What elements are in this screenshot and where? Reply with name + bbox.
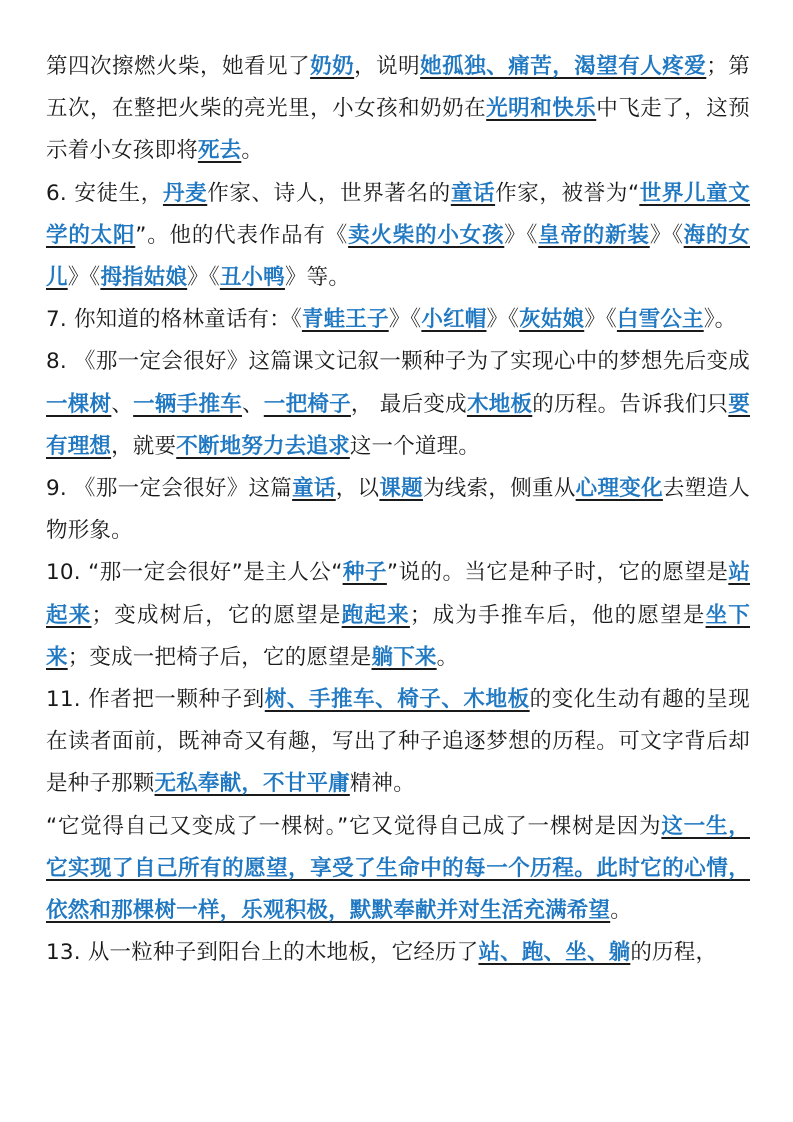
answer-text: 种子: [343, 560, 387, 585]
body-text: 》《: [68, 265, 101, 290]
paragraph-q6: 6. 安徒生，丹麦作家、诗人，世界著名的童话作家，被誉为“世界儿童文学的太阳”。…: [46, 173, 750, 300]
body-text: 》《: [650, 223, 684, 248]
answer-text: 童话: [292, 476, 336, 501]
body-text: ；变成一把椅子后，它的愿望是: [68, 645, 372, 670]
answer-text: 灰姑娘: [519, 307, 584, 332]
answer-text: 无私奉献，不甘平庸: [155, 771, 350, 796]
body-text: 作家、诗人，世界著名的: [207, 181, 451, 206]
body-text: 》《: [187, 265, 220, 290]
answer-text: 木地板: [467, 392, 532, 417]
answer-text: 她孤独、痛苦，渴望有人疼爱: [420, 54, 706, 79]
body-text: 的历程。告诉我们只: [532, 392, 728, 417]
body-text: 、: [242, 392, 264, 417]
answer-text: 皇帝的新装: [538, 223, 650, 248]
body-text: 》《: [486, 307, 519, 332]
answer-text: 白雪公主: [617, 307, 704, 332]
answer-text: 不断地努力去追求: [176, 434, 350, 459]
body-text: ，说明: [354, 54, 420, 79]
body-text: ，以: [336, 476, 380, 501]
body-text: 第四次擦燃火柴，她看见了: [46, 54, 310, 79]
body-text: 7. 你知道的格林童话有：《: [46, 307, 302, 332]
answer-text: 树、手推车、椅子、木地板: [265, 687, 530, 712]
body-text: 。: [610, 898, 632, 923]
paragraph-q8: 8. 《那一定会很好》这篇课文记叙一颗种子为了实现心中的梦想先后变成一棵树、一辆…: [46, 341, 750, 468]
answer-text: 奶奶: [310, 54, 354, 79]
answer-text: 光明和快乐: [486, 96, 596, 121]
body-text: 》等。: [285, 265, 350, 290]
answer-text: 卖火柴的小女孩: [348, 223, 504, 248]
body-text: “它觉得自己又变成了一棵树。”它又觉得自己成了一棵树是因为: [46, 814, 661, 839]
body-text: ， 最后变成: [351, 392, 467, 417]
answer-text: 丹麦: [163, 181, 207, 206]
body-text: 、: [111, 392, 133, 417]
document-page: 第四次擦燃火柴，她看见了奶奶，说明她孤独、痛苦，渴望有人疼爱；第五次，在整把火柴…: [46, 46, 750, 974]
body-text: ”说的。当它是种子时，它的愿望是: [387, 560, 728, 585]
answer-text: 一辆手推车: [133, 392, 242, 417]
answer-text: 小红帽: [421, 307, 486, 332]
body-text: 。: [241, 138, 263, 163]
answer-text: 躺下来: [372, 645, 437, 670]
body-text: 13. 从一粒种子到阳台上的木地板，它经历了: [46, 940, 478, 965]
answer-text: 死去: [198, 138, 241, 163]
paragraph-q11: 11. 作者把一颗种子到树、手推车、椅子、木地板的变化生动有趣的呈现在读者面前，…: [46, 679, 750, 806]
answer-text: 拇指姑娘: [100, 265, 187, 290]
answer-text: 跑起来: [342, 603, 410, 628]
body-text: ；变成树后，它的愿望是: [92, 603, 342, 628]
body-text: 9. 《那一定会很好》这篇: [46, 476, 292, 501]
body-text: ；成为手推车后，他的愿望是: [410, 603, 706, 628]
body-text: 为线索，侧重从: [423, 476, 576, 501]
body-text: 的历程，: [630, 940, 717, 965]
answer-text: 青蛙王子: [302, 307, 389, 332]
body-text: 精神。: [350, 771, 415, 796]
body-text: 10. “那一定会很好”是主人公“: [46, 560, 343, 585]
answer-text: 童话: [451, 181, 495, 206]
paragraph-q12: “它觉得自己又变成了一棵树。”它又觉得自己成了一棵树是因为这一生，它实现了自己所…: [46, 806, 750, 933]
body-text: 11. 作者把一颗种子到: [46, 687, 265, 712]
paragraph-q9: 9. 《那一定会很好》这篇童话，以课题为线索，侧重从心理变化去塑造人物形象。: [46, 468, 750, 552]
body-text: 作家，被誉为“: [495, 181, 639, 206]
body-text: 这一个道理。: [350, 434, 480, 459]
paragraph-p5-cont: 第四次擦燃火柴，她看见了奶奶，说明她孤独、痛苦，渴望有人疼爱；第五次，在整把火柴…: [46, 46, 750, 173]
body-text: ，就要: [111, 434, 176, 459]
body-text: 》。: [704, 307, 737, 332]
body-text: 6. 安徒生，: [46, 181, 163, 206]
body-text: 。: [437, 645, 459, 670]
answer-text: 心理变化: [576, 476, 663, 501]
answer-text: 一把椅子: [264, 392, 351, 417]
body-text: 》《: [389, 307, 422, 332]
paragraph-q10: 10. “那一定会很好”是主人公“种子”说的。当它是种子时，它的愿望是站起来；变…: [46, 552, 750, 679]
paragraph-q7: 7. 你知道的格林童话有：《青蛙王子》《小红帽》《灰姑娘》《白雪公主》。: [46, 299, 750, 341]
body-text: 》《: [504, 223, 538, 248]
body-text: 8. 《那一定会很好》这篇课文记叙一颗种子为了实现心中的梦想先后变成: [46, 349, 750, 374]
body-text: 》《: [584, 307, 617, 332]
answer-text: 课题: [379, 476, 423, 501]
answer-text: 一棵树: [46, 392, 111, 417]
answer-text: 站、跑、坐、躺: [478, 940, 630, 965]
body-text: ”。他的代表作品有《: [135, 223, 348, 248]
answer-text: 丑小鸭: [220, 265, 285, 290]
paragraph-q13: 13. 从一粒种子到阳台上的木地板，它经历了站、跑、坐、躺的历程，: [46, 932, 750, 974]
